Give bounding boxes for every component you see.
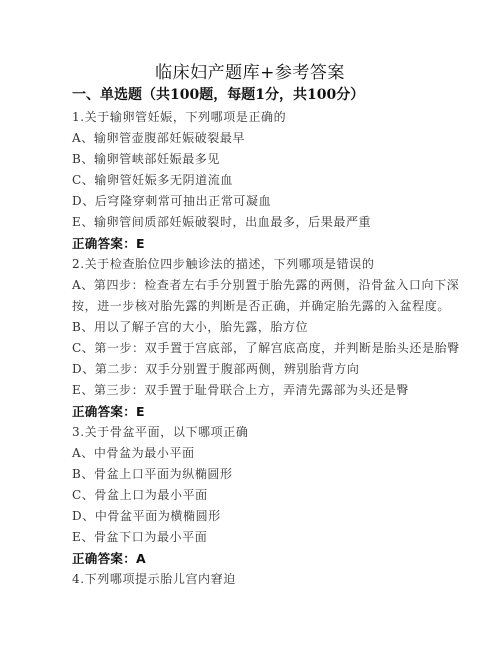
option-d: D、中骨盆平面为横椭圆形 <box>72 506 432 527</box>
question-2: 2.关于检查胎位四步触诊法的描述，下列哪项是错误的 A、第四步：检查者左右手分别… <box>72 254 432 422</box>
option-b: B、用以了解子宫的大小，胎先露，胎方位 <box>72 317 432 338</box>
question-list: 1.关于输卵管妊娠，下列哪项是正确的 A、输卵管壶腹部妊娠破裂最早 B、输卵管峡… <box>72 107 432 590</box>
question-stem: 1.关于输卵管妊娠，下列哪项是正确的 <box>72 107 432 128</box>
question-stem: 2.关于检查胎位四步触诊法的描述，下列哪项是错误的 <box>72 254 432 275</box>
correct-answer: 正确答案：E <box>72 233 432 254</box>
option-c: C、骨盆上口为最小平面 <box>72 485 432 506</box>
document-title: 临床妇产题库+参考答案 <box>0 62 500 84</box>
question-3: 3.关于骨盆平面，以下哪项正确 A、中骨盆为最小平面 B、骨盆上口平面为纵椭圆形… <box>72 422 432 569</box>
option-e: E、第三步：双手置于耻骨联合上方，弄清先露部为头还是臀 <box>72 380 432 401</box>
option-b: B、骨盆上口平面为纵椭圆形 <box>72 464 432 485</box>
option-a: A、第四步：检查者左右手分别置于胎先露的两侧，沿骨盆入口向下深 <box>72 275 432 296</box>
option-d: D、后穹隆穿刺常可抽出正常可凝血 <box>72 191 432 212</box>
option-c: C、第一步：双手置于宫底部，了解宫底高度，并判断是胎头还是胎臀 <box>72 338 432 359</box>
option-e: E、骨盆下口为最小平面 <box>72 527 432 548</box>
correct-answer: 正确答案：E <box>72 401 432 422</box>
option-a: A、输卵管壶腹部妊娠破裂最早 <box>72 128 432 149</box>
question-1: 1.关于输卵管妊娠，下列哪项是正确的 A、输卵管壶腹部妊娠破裂最早 B、输卵管峡… <box>72 107 432 254</box>
option-c: C、输卵管妊娠多无阴道流血 <box>72 170 432 191</box>
question-stem: 4.下列哪项提示胎儿宫内窘迫 <box>72 569 432 590</box>
option-e: E、输卵管间质部妊娠破裂时，出血最多，后果最严重 <box>72 212 432 233</box>
option-b: B、输卵管峡部妊娠最多见 <box>72 149 432 170</box>
question-4: 4.下列哪项提示胎儿宫内窘迫 <box>72 569 432 590</box>
correct-answer: 正确答案：A <box>72 548 432 569</box>
option-a: A、中骨盆为最小平面 <box>72 443 432 464</box>
document-page: 临床妇产题库+参考答案 一、单选题（共100题，每题1分，共100分） 1.关于… <box>0 0 500 647</box>
option-a-continued: 按，进一步核对胎先露的判断是否正确，并确定胎先露的入盆程度。 <box>72 296 432 317</box>
option-d: D、第二步：双手分别置于腹部两侧，辨别胎背方向 <box>72 359 432 380</box>
section-heading: 一、单选题（共100题，每题1分，共100分） <box>72 85 364 105</box>
question-stem: 3.关于骨盆平面，以下哪项正确 <box>72 422 432 443</box>
